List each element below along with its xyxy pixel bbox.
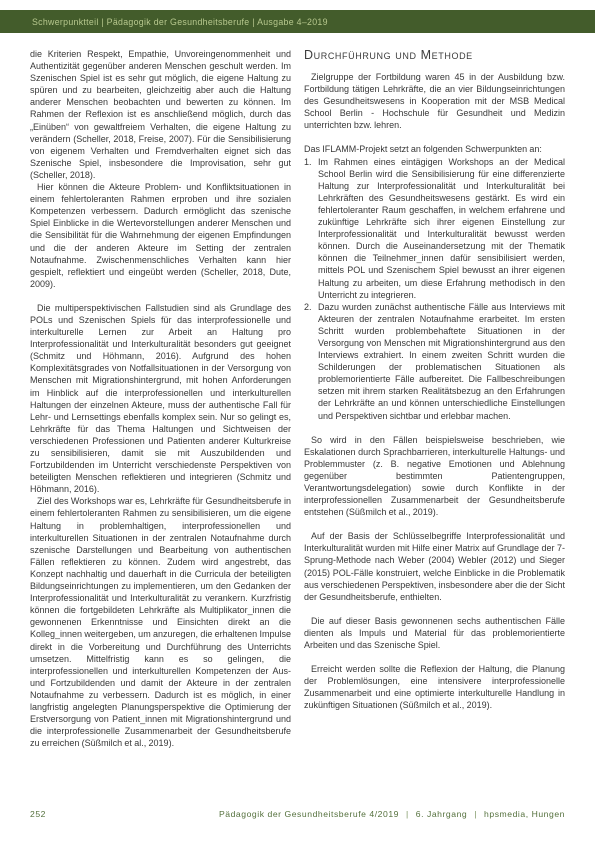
page-footer: 252 Pädagogik der Gesundheitsberufe 4/20… [30,809,565,819]
list-item-number: 1. [304,156,318,301]
paragraph: Die multiperspektivischen Fallstudien si… [30,302,291,496]
paragraph: Erreicht werden sollte die Reflexion der… [304,663,565,711]
footer-volume: 6. Jahrgang [416,809,467,819]
left-column: die Kriterien Respekt, Empathie, Unvorei… [30,48,291,749]
paragraph: Hier können die Akteure Problem- und Kon… [30,181,291,290]
journal-page: Schwerpunktteil | Pädagogik der Gesundhe… [0,0,595,842]
paragraph: So wird in den Fällen beispielsweise bes… [304,434,565,519]
page-number: 252 [30,809,46,819]
footer-publisher: hpsmedia, Hungen [484,809,565,819]
header-running-title: Schwerpunktteil | Pädagogik der Gesundhe… [32,17,328,27]
page-content: die Kriterien Respekt, Empathie, Unvorei… [30,48,565,749]
footer-journal-title: Pädagogik der Gesundheitsberufe 4/2019 [219,809,399,819]
page-header-bar: Schwerpunktteil | Pädagogik der Gesundhe… [0,10,595,33]
paragraph: Zielgruppe der Fortbildung waren 45 in d… [304,71,565,131]
paragraph: die Kriterien Respekt, Empathie, Unvorei… [30,48,291,181]
list-item-number: 2. [304,301,318,422]
paragraph: Auf der Basis der Schlüsselbegriffe Inte… [304,530,565,603]
paragraph: Die auf dieser Basis gewonnenen sechs au… [304,615,565,651]
footer-separator: | [406,809,409,819]
numbered-list-item: 1. Im Rahmen eines eintägigen Workshops … [304,156,565,301]
list-intro: Das IFLAMM-Projekt setzt an folgenden Sc… [304,143,565,155]
list-item-text: Im Rahmen eines eintägigen Workshops an … [318,156,565,301]
right-column: Durchführung und Methode Zielgruppe der … [304,48,565,749]
footer-journal-line: Pädagogik der Gesundheitsberufe 4/2019|6… [219,809,565,819]
numbered-list-item: 2. Dazu wurden zunächst authentische Fäl… [304,301,565,422]
footer-separator: | [474,809,477,819]
paragraph: Ziel des Workshops war es, Lehrkräfte fü… [30,495,291,749]
section-heading: Durchführung und Methode [304,48,565,62]
list-item-text: Dazu wurden zunächst authentische Fälle … [318,301,565,422]
